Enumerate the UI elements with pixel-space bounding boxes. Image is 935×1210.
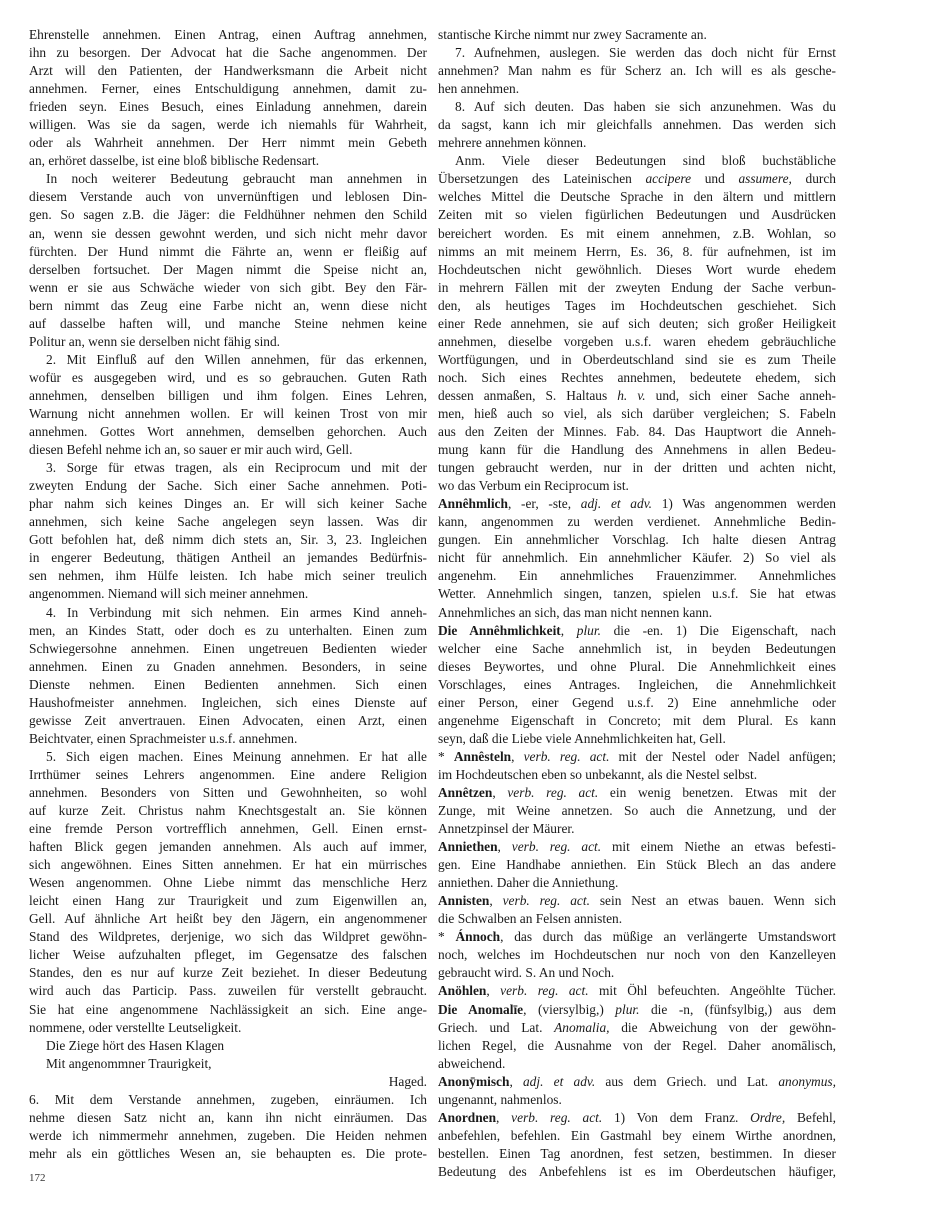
text-line: Annêtzen, verb. reg. act. ein wenig bene… <box>438 784 836 802</box>
text-line: bern nimmt das Zeug eine Farbe nicht an,… <box>29 297 427 315</box>
text-line: sich angewöhnen. Eines Sitten annehmen. … <box>29 856 427 874</box>
text-line: Hochdeutschen nicht gewöhnlich. Dieses W… <box>438 261 836 279</box>
text-line: Die Annêhmlichkeit, plur. die -en. 1) Di… <box>438 622 836 640</box>
text-line: Stand des Wildpretes, derjenige, wo sich… <box>29 928 427 946</box>
text-line: men, hieß auch so viel, als sich darüber… <box>438 405 836 423</box>
text-line: Standes, den es nur auf kurze Zeit bezie… <box>29 964 427 982</box>
text-line: eine fremde Person vortrefflich annehmen… <box>29 820 427 838</box>
text-line: phar nahm sich keines Dinges an. Er will… <box>29 495 427 513</box>
text-line: mehr als ein göttliches Wesen an, sie be… <box>29 1145 427 1163</box>
text-line: bereichert worden. Es mit einem annehmen… <box>438 225 836 243</box>
text-line: men, an Kindes Statt, oder doch es zu un… <box>29 622 427 640</box>
text-line: annehmen. Ferner, eines Entschuldigung a… <box>29 80 427 98</box>
text-line: hen annehmen. <box>438 80 836 98</box>
text-line: noch, welches im Hochdeutschen nur noch … <box>438 946 836 964</box>
text-line: annehmen, dieselbe vorgeben u.s.f. waren… <box>438 333 836 351</box>
text-line: nommene, oder verstellte Leutseligkeit. <box>29 1019 427 1037</box>
text-line: Annêhmlich, -er, -ste, adj. et adv. 1) W… <box>438 495 836 513</box>
text-line: 6. Mit dem Verstande annehmen, zugeben, … <box>29 1091 427 1109</box>
text-line: lichen Regel, die Ausnahme von der Regel… <box>438 1037 836 1055</box>
text-line: in mehrern Fällen mit der zweyten Endung… <box>438 279 836 297</box>
text-line: * Annêsteln, verb. reg. act. mit der Nes… <box>438 748 836 766</box>
text-line: annehmen. Besonders von Sitten und Gewoh… <box>29 784 427 802</box>
text-line: Irrthümer seines Lehrers angenommen. Ein… <box>29 766 427 784</box>
text-line: Anniethen, verb. reg. act. mit einem Nie… <box>438 838 836 856</box>
text-line: auf kurze Zeit. Christus nahm Knechtsges… <box>29 802 427 820</box>
text-line: gungen. Ein annehmlicher Vorschlag. Ich … <box>438 531 836 549</box>
text-line: Gott befohlen hat, deß nimm dich stets a… <box>29 531 427 549</box>
text-line: derselben fortsuchet. Der Magen nimmt di… <box>29 261 427 279</box>
text-line: dessen anmaßen, S. Haltaus h. v. und, si… <box>438 387 836 405</box>
text-line: tungen gebraucht werden, nur in der drit… <box>438 459 836 477</box>
text-line: annehmen, denselben billigen und ihm fol… <box>29 387 427 405</box>
text-line: willigen. Was sie da sagen, werde ich ni… <box>29 116 427 134</box>
text-line: da sagst, kann ich mir gleichfalls anneh… <box>438 116 836 134</box>
text-line: angenehm. Ein annehmliches Frauenzimmer.… <box>438 567 836 585</box>
text-line: Die Ziege hört des Hasen Klagen <box>29 1037 427 1055</box>
text-line: annehmen, sich keine Sache angelegen sey… <box>29 513 427 531</box>
text-line: welches Mittel die Deutsche Sprache in d… <box>438 188 836 206</box>
text-line: Wetter. Annehmlich singen, tanzen, spiel… <box>438 585 836 603</box>
text-line: nicht für annehmlich. Ein annehmlicher K… <box>438 549 836 567</box>
text-line: Ehrenstelle annehmen. Einen Antrag, eine… <box>29 26 427 44</box>
text-line: in engerer Bedeutung, thätigen Antheil a… <box>29 549 427 567</box>
text-line: anbefehlen, befehlen. Ein Gastmahl bey e… <box>438 1127 836 1145</box>
text-line: Annisten, verb. reg. act. sein Nest an e… <box>438 892 836 910</box>
text-line: an, erhöret dasselbe, ist eine bloß bibl… <box>29 152 427 170</box>
text-line: wenn er sie aus Schwäche wieder von sich… <box>29 279 427 297</box>
text-line: gebraucht wird. S. An und Noch. <box>438 964 836 982</box>
text-line: Politur an, wenn sie derselben nicht fäh… <box>29 333 427 351</box>
text-line: dieses Beywortes, und ohne Plural. Die A… <box>438 658 836 676</box>
text-line: kann, angenommen zu werden verdienet. An… <box>438 513 836 531</box>
text-line: gewisse Zeit anvertrauen. Einen Advocate… <box>29 712 427 730</box>
text-line: angenommen. Niemand will sich meiner ann… <box>29 585 427 603</box>
text-line: Die Anomalīe, (viersylbig,) plur. die -n… <box>438 1001 836 1019</box>
text-line: wo das Verbum ein Reciprocum ist. <box>438 477 836 495</box>
text-line: Dienste nehmen. Einen Bedienten annehmen… <box>29 676 427 694</box>
text-line: annehmen? Man nahm es für Scherz an. Ich… <box>438 62 836 80</box>
text-line: bestellen. Einen Tag anordnen, fest setz… <box>438 1145 836 1163</box>
text-line: anniethen. Daher die Anniethung. <box>438 874 836 892</box>
text-line: Mit angenommner Traurigkeit, <box>29 1055 427 1073</box>
text-line: Annehmliches an sich, das man nicht nenn… <box>438 604 836 622</box>
text-line: aus den Zeiten der Minnes. Fab. 84. Das … <box>438 423 836 441</box>
text-line: sen nehmen, ihm Hülfe leisten. Ich habe … <box>29 567 427 585</box>
text-line: gen. So sagen z.B. die Jäger: die Feldhü… <box>29 206 427 224</box>
text-line: diesen Befehl nehme ich an, so sauer er … <box>29 441 427 459</box>
text-line: 5. Sich eigen machen. Eines Meinung anne… <box>29 748 427 766</box>
text-line: Vorschlages, eines Antrages. Ingleichen,… <box>438 676 836 694</box>
text-line: 2. Mit Einfluß auf den Willen annehmen, … <box>29 351 427 369</box>
text-line: gen. Eine Handhabe anniethen. Ein Stück … <box>438 856 836 874</box>
text-line: nimms an mit meinem Herrn, Es. 36, 8. fü… <box>438 243 836 261</box>
text-line: Zunge, mit Weine annetzen. So auch die A… <box>438 802 836 820</box>
text-line: Anordnen, verb. reg. act. 1) Von dem Fra… <box>438 1109 836 1127</box>
text-line: auf dasselbe haften will, und manche Ste… <box>29 315 427 333</box>
text-line: wofür es ausgegeben wird, und es so gebr… <box>29 369 427 387</box>
text-line: annehmen. Einen zu Gnaden annehmen. Beso… <box>29 658 427 676</box>
text-line: Schwiegersohne annehmen. Einen ungetreue… <box>29 640 427 658</box>
left-column: Ehrenstelle annehmen. Einen Antrag, eine… <box>29 26 427 1163</box>
text-line: angenehme Eigenschaft in Concreto; mit d… <box>438 712 836 730</box>
text-line: annehmen. Gottes Wort annehmen, demselbe… <box>29 423 427 441</box>
text-line: einer Person, einer Gegend u.s.f. 2) Ein… <box>438 694 836 712</box>
text-line: an, wenn sie dessen gewohnt werden, und … <box>29 225 427 243</box>
text-line: * Ánnoch, das durch das müßige an verlän… <box>438 928 836 946</box>
right-column: stantische Kirche nimmt nur zwey Sacrame… <box>438 26 836 1181</box>
text-line: In noch weiterer Bedeutung gebraucht man… <box>29 170 427 188</box>
text-line: oder als Wahrheit annehmen. Der Herr nim… <box>29 134 427 152</box>
text-line: leicht einen Hang zur Traurigkeit und zu… <box>29 892 427 910</box>
text-line: Übersetzungen des Lateinischen accipere … <box>438 170 836 188</box>
text-line: Haged. <box>29 1073 427 1091</box>
text-line: wird auch das Particip. Pass. zuweilen f… <box>29 982 427 1000</box>
text-line: ihn zu besorgen. Der Advocat hat die Sac… <box>29 44 427 62</box>
text-line: 7. Aufnehmen, auslegen. Sie werden das d… <box>438 44 836 62</box>
text-line: seyn, daß die Liebe viele Annehmlichkeit… <box>438 730 836 748</box>
text-line: werde ich nimmermehr annehmen, zugeben. … <box>29 1127 427 1145</box>
text-line: diesem Verstande auch von unvernünftigen… <box>29 188 427 206</box>
text-line: einer Rede annehmen, sie auf sich deuten… <box>438 315 836 333</box>
text-line: stantische Kirche nimmt nur zwey Sacrame… <box>438 26 836 44</box>
text-line: Gell. Auf ähnliche Art heißt bey den Jäg… <box>29 910 427 928</box>
text-line: Anöhlen, verb. reg. act. mit Öhl befeuch… <box>438 982 836 1000</box>
text-line: Haushofmeister annehmen. Ingleichen, sic… <box>29 694 427 712</box>
text-line: im Hochdeutschen eben so unbekannt, als … <box>438 766 836 784</box>
text-line: mung kann für die Handlung des Annehmens… <box>438 441 836 459</box>
text-line: mehrere annehmen können. <box>438 134 836 152</box>
text-line: Beichtvater, einen Sprachmeister u.s.f. … <box>29 730 427 748</box>
text-line: haften Blick gegen jemanden annehmen. Al… <box>29 838 427 856</box>
text-line: Warnung nicht annehmen wollen. Er will k… <box>29 405 427 423</box>
text-line: 3. Sorge für etwas tragen, als ein Recip… <box>29 459 427 477</box>
text-line: noch. Sich eines Rechtes annehmen, bedeu… <box>438 369 836 387</box>
text-line: Annetzpinsel der Mäurer. <box>438 820 836 838</box>
text-line: zweyten Endung der Sache. Sich einer Sac… <box>29 477 427 495</box>
text-line: Arzt will den Patienten, der Handwerksma… <box>29 62 427 80</box>
text-line: Bedeutung des Anbefehlens ist es im Ober… <box>438 1163 836 1181</box>
text-line: Anonȳmisch, adj. et adv. aus dem Griech.… <box>438 1073 836 1091</box>
text-line: Sie hat eine angenommene Nachlässigkeit … <box>29 1001 427 1019</box>
text-line: nehme diesen Satz nicht an, kann ihn nic… <box>29 1109 427 1127</box>
text-line: abweichend. <box>438 1055 836 1073</box>
text-line: 4. In Verbindung mit sich nehmen. Ein ar… <box>29 604 427 622</box>
text-line: die Schwalben an Felsen annisten. <box>438 910 836 928</box>
text-line: fürchten. Der Hund nimmt die Fährte an, … <box>29 243 427 261</box>
text-line: Wesen angenommen. Ohne Liebe nimmt das m… <box>29 874 427 892</box>
text-line: frieden seyn. Eines Besuch, eines Einlad… <box>29 98 427 116</box>
text-line: den, als heutiges Tages im Hochdeutschen… <box>438 297 836 315</box>
text-line: ungenannt, nahmenlos. <box>438 1091 836 1109</box>
text-line: Griech. und Lat. Anomalia, die Abweichun… <box>438 1019 836 1037</box>
text-line: Anm. Viele dieser Bedeutungen sind bloß … <box>438 152 836 170</box>
text-line: licher Weise aufzuhalten pfleget, im Geg… <box>29 946 427 964</box>
text-line: Wortfügungen, und in Oberdeutschland sin… <box>438 351 836 369</box>
text-line: 8. Auf sich deuten. Das haben sie sich a… <box>438 98 836 116</box>
page-number: 172 <box>29 1172 46 1184</box>
text-line: welcher eine Sache annehmlich ist, in be… <box>438 640 836 658</box>
text-line: Zeiten mit so vielen figürlichen Bedeutu… <box>438 206 836 224</box>
